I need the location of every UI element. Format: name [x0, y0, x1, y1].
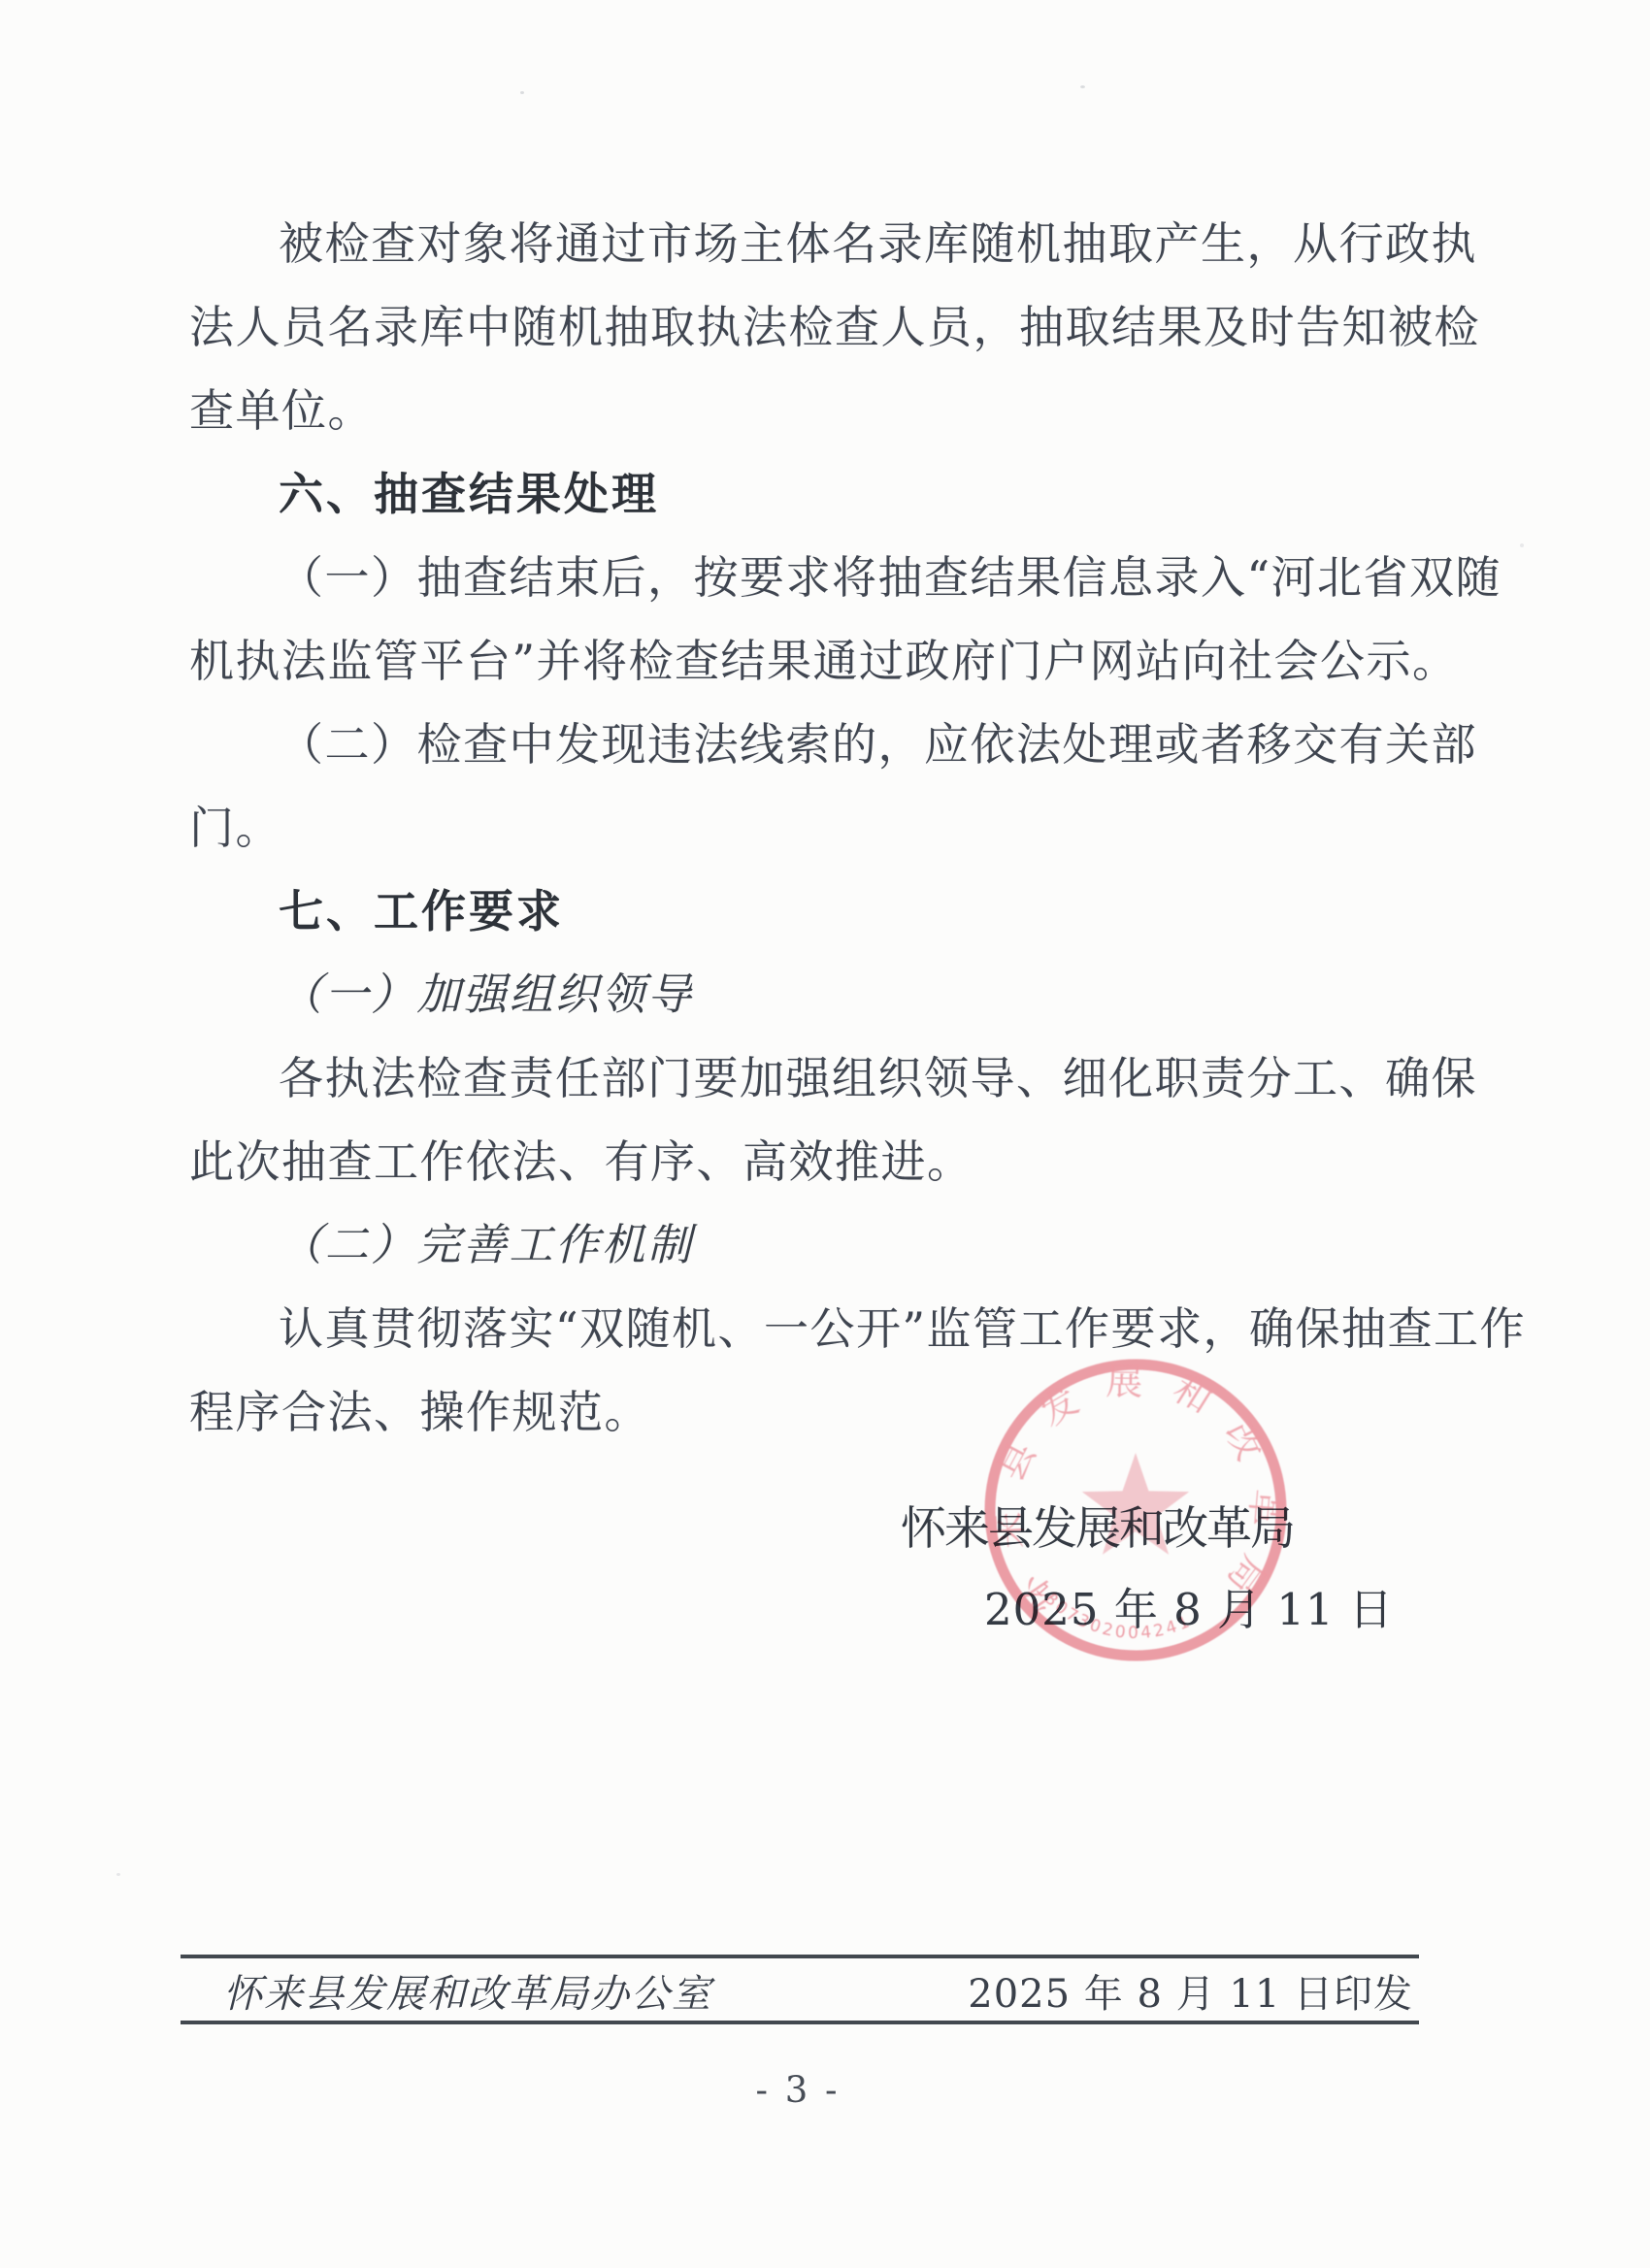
scan-speck [1080, 85, 1085, 88]
page-number: - 3 - [0, 2069, 1596, 2111]
document-line: （二）完善工作机制 [189, 1203, 1470, 1287]
official-seal: 怀来县发展和改革局 1307302004241 [973, 1348, 1298, 1672]
document-page: 被检查对象将通过市场主体名录库随机抽取产生，从行政执法人员名录库中随机抽取执法检… [0, 0, 1650, 2268]
document-line: 各执法检查责任部门要加强组织领导、细化职责分工、确保 [189, 1036, 1470, 1120]
footer-print-date: 2025 年 8 月 11 日印发 [968, 1963, 1419, 2019]
document-body: 被检查对象将通过市场主体名录库随机抽取产生，从行政执法人员名录库中随机抽取执法检… [189, 202, 1470, 1454]
document-line: （一）加强组织领导 [189, 953, 1470, 1036]
scan-speck [520, 91, 524, 94]
footer-row: 怀来县发展和改革局办公室 2025 年 8 月 11 日印发 [181, 1962, 1419, 2019]
scan-speck [1520, 543, 1524, 547]
seal-star-icon [1082, 1453, 1189, 1555]
section-heading: 七、工作要求 [189, 870, 1470, 953]
footer-rule-top [181, 1955, 1419, 1958]
document-line: 门。 [189, 786, 1470, 870]
document-line: （一）抽查结束后，按要求将抽查结果信息录入“河北省双随 [189, 536, 1470, 619]
document-line: 法人员名录库中随机抽取执法检查人员，抽取结果及时告知被检 [189, 285, 1470, 369]
section-heading: 六、抽查结果处理 [189, 452, 1470, 536]
scan-speck [116, 1873, 120, 1876]
document-line: 被检查对象将通过市场主体名录库随机抽取产生，从行政执 [189, 202, 1470, 285]
official-seal-graphic: 怀来县发展和改革局 1307302004241 [973, 1348, 1298, 1672]
footer-rule-bottom [181, 2021, 1419, 2024]
footer-issuer: 怀来县发展和改革局办公室 [181, 1963, 712, 2019]
document-line: 机执法监管平台”并将检查结果通过政府门户网站向社会公示。 [189, 619, 1470, 703]
document-line: 此次抽查工作依法、有序、高效推进。 [189, 1120, 1470, 1203]
document-line: （二）检查中发现违法线索的，应依法处理或者移交有关部 [189, 703, 1470, 786]
document-line: 查单位。 [189, 369, 1470, 452]
